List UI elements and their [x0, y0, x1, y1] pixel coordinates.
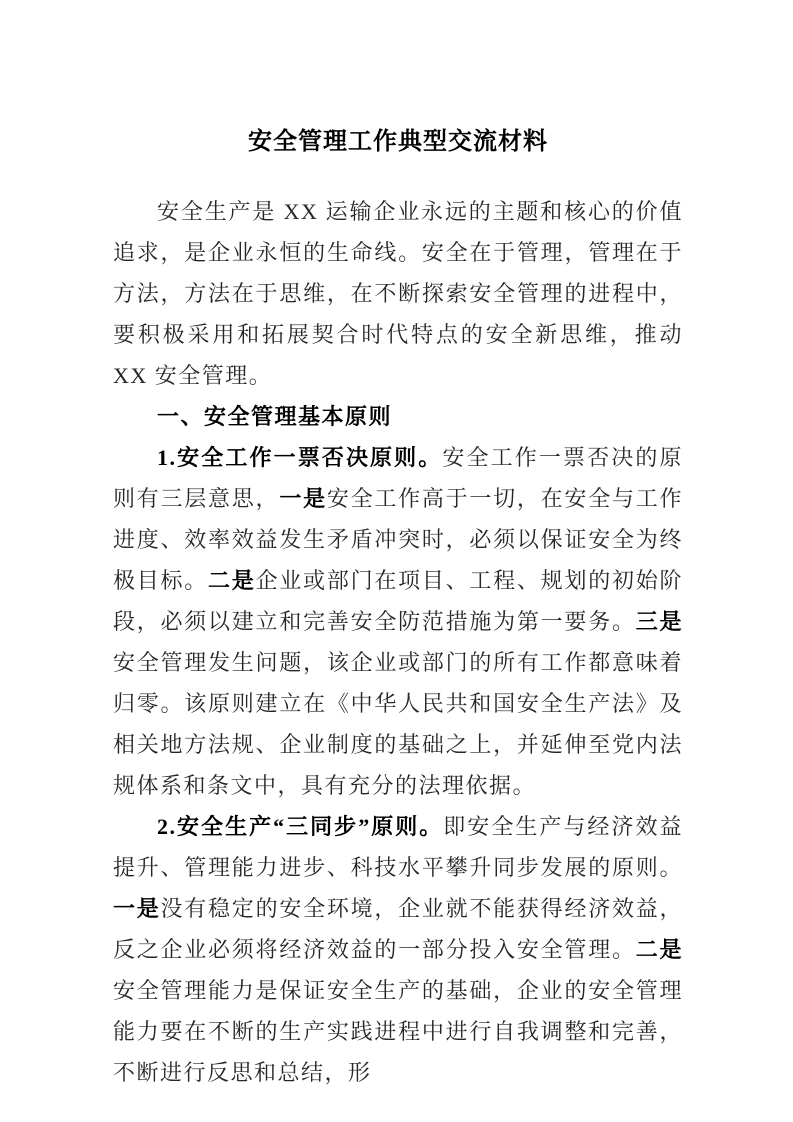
text-run: 没有稳定的安全环境，企业就不能获得经济效益，反之企业必须将经济效益的一部分投入安… — [113, 896, 683, 962]
paragraph-intro: 安全生产是 XX 运输企业永远的主题和核心的价值追求，是企业永恒的生命线。安全在… — [113, 191, 683, 396]
text-run: 一、安全管理基本原则 — [157, 404, 392, 429]
text-run: 1.安全工作一票否决原则。 — [157, 445, 442, 470]
text-run: 三是 — [636, 609, 683, 634]
document-page: 安全管理工作典型交流材料 安全生产是 XX 运输企业永远的主题和核心的价值追求，… — [0, 0, 793, 1122]
text-run: 二是 — [636, 937, 683, 962]
paragraph-principle-2: 2.安全生产“三同步”原则。即安全生产与经济效益提升、管理能力进步、科技水平攀升… — [113, 806, 683, 1093]
text-run: 一是 — [113, 896, 161, 921]
text-run: 安全管理能力是保证安全生产的基础，企业的安全管理能力要在不断的生产实践进程中进行… — [113, 978, 683, 1085]
document-title: 安全管理工作典型交流材料 — [113, 121, 683, 163]
text-run: 安全生产是 XX 运输企业永远的主题和核心的价值追求，是企业永恒的生命线。安全在… — [113, 199, 683, 388]
paragraph-principle-1: 1.安全工作一票否决原则。安全工作一票否决的原则有三层意思，一是安全工作高于一切… — [113, 437, 683, 806]
document-content: 安全管理工作典型交流材料 安全生产是 XX 运输企业永远的主题和核心的价值追求，… — [113, 121, 683, 1093]
text-run: 一是 — [279, 486, 327, 511]
section-heading: 一、安全管理基本原则 — [113, 396, 683, 437]
text-run: 安全管理发生问题，该企业或部门的所有工作都意味着归零。该原则建立在《中华人民共和… — [113, 650, 683, 798]
text-run: 2.安全生产“三同步”原则。 — [157, 814, 443, 839]
text-run: 二是 — [208, 568, 256, 593]
